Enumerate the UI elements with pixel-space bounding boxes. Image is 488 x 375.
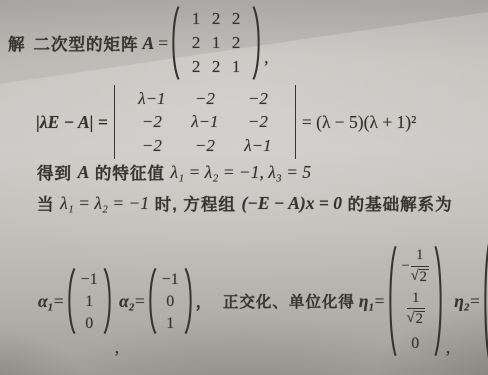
fraction-cell: 1 √2: [406, 291, 425, 328]
fraction-bar-icon: [411, 266, 429, 267]
det-cell: λ−1: [191, 110, 218, 134]
matrix-cell: 1: [212, 31, 221, 55]
vector-cells: −1 1 0: [76, 269, 103, 334]
vector-cell: 0: [166, 291, 174, 312]
matrix-cell: 2: [212, 7, 221, 31]
right-paren-icon: [252, 5, 262, 81]
vector-cell: 0: [85, 313, 93, 334]
right-paren-icon: [434, 244, 444, 358]
vector-alpha1: −1 1 0: [66, 267, 113, 335]
radical-icon: √: [411, 269, 419, 285]
left-paren-icon: [170, 5, 180, 81]
right-paren-icon: [184, 267, 194, 335]
det-cell: −2: [195, 87, 215, 111]
det-result: = (λ − 5)(λ + 1)²: [302, 112, 417, 133]
line3-text-1: 得到: [37, 160, 78, 184]
eigenvalue-equation: λ₁ = λ₂ = −1, λ₃ = 5: [170, 162, 311, 183]
det-cell: λ−1: [244, 134, 271, 158]
matrix-cell: 1: [232, 55, 241, 79]
det-lhs: |λE − A| =: [36, 112, 108, 133]
equals-sign: =: [54, 291, 64, 312]
left-paren-icon: [66, 267, 76, 335]
equals-sign: =: [375, 291, 385, 312]
line4-text-2: 时, 方程组: [149, 191, 241, 215]
equals-sign: =: [158, 33, 168, 54]
numerator: 1: [412, 291, 419, 307]
matrix-symbol-A: A: [143, 33, 155, 54]
line-basis-statement: 当 λ₁ = λ₂ = −1 时, 方程组 (−E − A)x = 0 的基础解…: [37, 191, 453, 215]
det-cell: λ−1: [138, 87, 165, 111]
equals-sign: =: [470, 291, 480, 312]
radicand: 2: [419, 269, 429, 286]
line3-text-2: 的特征值: [89, 160, 170, 184]
line-eigenvectors: α₁ = −1 1 0 , α₂ = −1 0 1 ， 正交化、单位化得 η₁ …: [38, 228, 488, 374]
matrix-A: 1 2 2 2 1 2 2 2 1: [170, 5, 262, 81]
matrix-symbol-A: A: [78, 162, 90, 183]
vector-cell: 1: [166, 313, 174, 334]
det-cell: −2: [248, 110, 268, 134]
determinant-cells: λ−1 −2 −2 −2 λ−1 −2 −2 −2 λ−1: [115, 85, 295, 160]
left-paren-icon: [482, 233, 488, 369]
fraction: 1 √2: [407, 291, 425, 328]
matrix-cell: 2: [192, 55, 201, 79]
orthonormalize-text: ， 正交化、单位化得: [196, 290, 355, 312]
right-paren-icon: [103, 267, 113, 335]
equals-sign: =: [135, 291, 145, 312]
det-cell: −2: [142, 110, 162, 134]
comma: ,: [115, 337, 119, 358]
vector-cell: −1: [162, 269, 179, 290]
radicand: 2: [415, 311, 425, 328]
matrix-cell: 2: [232, 7, 241, 31]
line4-text-3: 的基础解系为: [342, 191, 453, 215]
textbook-solution-photo: 解 二次型的矩阵 A = 1 2 2 2 1 2 2 2 1 , |λE − A…: [0, 0, 488, 375]
left-paren-icon: [147, 267, 157, 335]
vector-cell: −1: [81, 269, 98, 290]
line4-math-1: λ₁ = λ₂ = −1: [60, 193, 149, 214]
fraction: 1 √2: [411, 248, 429, 285]
denominator: √2: [411, 269, 429, 286]
minus-sign: −: [402, 259, 410, 275]
line4-math-2: (−E − A)x = 0: [241, 193, 342, 214]
line4-text-1: 当: [37, 191, 60, 215]
denominator: √2: [407, 311, 425, 328]
matrix-cell: 2: [212, 55, 221, 79]
comma: ,: [264, 47, 268, 68]
vector-alpha2: −1 0 1: [147, 267, 194, 335]
eta1-symbol: η₁: [359, 291, 375, 312]
line1-text: 二次型的矩阵: [34, 31, 139, 55]
det-bar-icon: [295, 85, 296, 160]
alpha2-symbol: α₂: [119, 291, 135, 312]
vector-eta1: − 1 √2 1 √2 0: [387, 244, 444, 358]
radical-icon: √: [407, 311, 415, 327]
matrix-cell: 1: [192, 7, 201, 31]
comma: ,: [446, 337, 450, 358]
det-cell: −2: [195, 134, 215, 158]
matrix-cell: 2: [232, 31, 241, 55]
alpha1-symbol: α₁: [38, 291, 54, 312]
solution-marker: 解: [8, 31, 26, 55]
line-eigenvalues: 得到 A 的特征值 λ₁ = λ₂ = −1, λ₃ = 5: [37, 160, 311, 184]
vector-cells: − 1 √2 1 √2 0: [397, 248, 434, 353]
line-matrix-definition: 解 二次型的矩阵 A = 1 2 2 2 1 2 2 2 1 ,: [8, 2, 268, 84]
vector-cell: 1: [85, 291, 93, 312]
vector-eta2: − 1 √6 − 1 √6: [482, 233, 488, 369]
eta2-symbol: η₂: [454, 291, 470, 312]
matrix-cell: 2: [192, 31, 201, 55]
vector-cell: 0: [411, 333, 419, 354]
vector-cells: −1 0 1: [157, 269, 184, 334]
matrix-A-cells: 1 2 2 2 1 2 2 2 1: [180, 7, 252, 79]
det-cell: −2: [248, 87, 268, 111]
fraction-cell: − 1 √2: [402, 248, 429, 285]
left-paren-icon: [387, 244, 397, 358]
numerator: 1: [416, 248, 423, 264]
det-cell: −2: [142, 134, 162, 158]
line-characteristic-polynomial: |λE − A| = λ−1 −2 −2 −2 λ−1 −2 −2 −2 λ−1…: [36, 84, 416, 160]
determinant-matrix: λ−1 −2 −2 −2 λ−1 −2 −2 −2 λ−1: [114, 85, 296, 160]
